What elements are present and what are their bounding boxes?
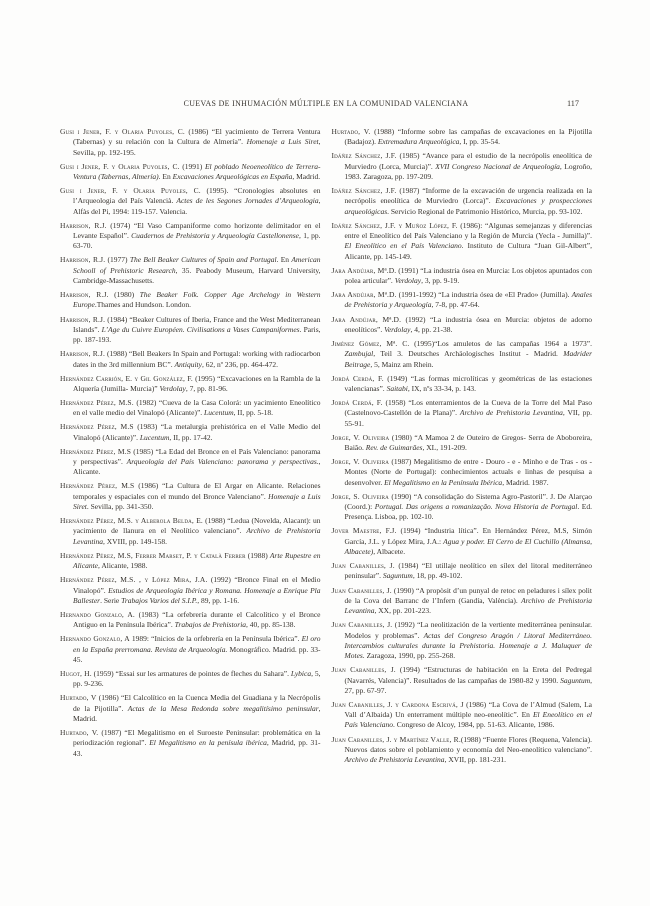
reference-text: , 89, pp. 1-16. [197,596,239,605]
reference-text: (1988) [246,551,270,560]
reference-source-title: Cuadernos de Prehistoria y Arqueología C… [131,231,299,240]
reference-source-title: XVII Congreso Nacional de Arqueología [435,162,560,171]
reference-text: , Madrid. 1987. [502,478,548,487]
reference-entry: Hernández Pérez, M.S. y Alberola Belda, … [60,516,321,547]
reference-authors: Harrison, R.J. [60,255,105,264]
reference-authors: Juan Cabanilles, J. y Cardona Escrivá, J [332,700,464,709]
reference-authors: Jorge, S. Oliveira [332,492,389,501]
reference-authors: Hurtado, V [60,693,96,702]
reference-entry: Gusi i Jener, F. y Olaria Puyoles, C. (1… [60,162,321,183]
reference-entry: Juan Cabanilles, J. (1984) “El utillaje … [332,561,593,582]
reference-authors: Jordá Cerdá, F. [332,398,383,407]
reference-source-title: Verdolay [395,276,421,285]
reference-entry: Hernández Pérez, M.S, Ferrer Marset, P. … [60,551,321,572]
reference-text: , II, pp. 17-42. [169,433,212,442]
reference-entry: Hernández Pérez, M.S. , y López Mira, J.… [60,575,321,606]
reference-authors: Hernández Pérez, M.S, Ferrer Marset, P. … [60,551,246,560]
reference-source-title: Lucentum [140,433,170,442]
reference-entry: Jordá Cerdá, F. (1949) “Las formas micro… [332,374,593,395]
reference-entry: Juan Cabanilles, J. y Cardona Escrivá, J… [332,700,593,731]
reference-source-title: Saguntum [560,676,590,685]
reference-authors: Hernández Pérez, M.S [60,481,134,490]
reference-entry: Jara Andújar, Mª.D. (1991-1992) “La indu… [332,290,593,311]
reference-entry: Hernando Gonzalo, A 1989: “Inicios de la… [60,634,321,665]
reference-authors: Jara Andújar, Mª.D. [332,290,397,299]
reference-text: , IX, nºs 33-34, p. 143. [408,384,476,393]
reference-text: 1989: “Inicios de la orfebrería en la Pe… [130,634,302,643]
reference-source-title: L’Age du Cuivre Européen. Civilisations … [102,325,300,334]
reference-source-title: Actas de la Mesa Redonda sobre megalitís… [128,704,319,713]
reference-text: , 40, pp. 85-138. [246,620,295,629]
reference-authors: Harrison, R.J. [60,290,109,299]
reference-authors: Juan Cabanilles, J. [332,620,393,629]
reference-text: (1995)“Los amuletos de las campañas 1964… [409,339,592,348]
reference-source-title: Rev. de Guimarães [366,443,423,452]
reference-entry: Jiménez Gómez, Mª. C. (1995)“Los amuleto… [332,339,593,370]
reference-entry: Idáñez Sánchez, J.F. y Muñoz López, F. (… [332,221,593,262]
reference-text: Zaragoza, 1990, pp. 255-268. [365,651,455,660]
reference-authors: Idáñez Sánchez, J.F. y Muñoz López, F. [332,221,458,230]
reference-source-title: Portugal. Das origens a romanização. Nov… [375,502,578,511]
reference-entry: Juan Cabanilles, J. (1990) “A propòsit d… [332,586,593,617]
reference-authors: Hernández Pérez, M.S [60,422,134,431]
reference-text: , II, pp. 5-18. [234,408,273,417]
reference-text: , Madrid. [292,172,320,181]
reference-authors: Jiménez Gómez, Mª. C. [332,339,410,348]
reference-authors: Gusi i Jener, F. y Olaria Puyoles, C. [60,127,185,136]
running-head-title: CUEVAS DE INHUMACIÓN MÚLTIPLE EN LA COMU… [60,99,592,108]
reference-authors: Harrison, R.J. [60,221,107,230]
reference-source-title: The Bell Beaker Cultures of Spain and Po… [130,255,277,264]
reference-authors: Hugot, H. [60,669,92,678]
reference-text: . Serie [100,596,121,605]
reference-source-title: Antiquity [174,360,202,369]
reference-source-title: Verdolay [159,384,185,393]
reference-authors: Jordá Cerdá, F. [332,374,384,383]
reference-entry: Jordá Cerdá, F. (1958) “Los enterramient… [332,398,593,429]
reference-entry: Harrison, R.J. (1984) “Beaker Cultures o… [60,315,321,346]
reference-text: , 7-8, pp. 47-64. [432,300,480,309]
reference-entry: Hernández Pérez, M.S (1985) “La Edad del… [60,447,321,478]
reference-authors: Hernández Carrión, E. y Gil González, F. [60,374,193,383]
bibliography: Gusi i Jener, F. y Olaria Puyoles, C. (1… [60,127,592,769]
reference-source-title: Zambujal [345,349,374,358]
reference-text: (1991-1992) “La industria ósea de «El Pr… [397,290,572,299]
reference-entry: Juan Cabanilles, J. (1994) “Estructuras … [332,665,593,696]
reference-text: , 62, nº 236, pp. 464-472. [202,360,278,369]
reference-authors: Gusi i Jener, F. y Olaria Puyoles, C. [60,186,201,195]
reference-text: , Albacete. [373,547,405,556]
reference-text: . Sevilla, pp. 341-350. [87,502,153,511]
reference-source-title: Actes de les Segones Jornades d’Arqueolo… [176,196,318,205]
reference-authors: Hurtado, V. [60,728,98,737]
reference-entry: Hurtado, V. (1987) “El Megalitismo en el… [60,728,321,759]
reference-entry: Idáñez Sánchez, J.F. (1985) “Avance para… [332,151,593,182]
reference-entry: Hernando Gonzalo, A. (1983) “La orfebrer… [60,610,321,631]
reference-text: . Congreso de Alcoy, 1984, pp. 51-63. Al… [393,720,554,729]
reference-entry: Harrison, R.J. (1980) The Beaker Folk. C… [60,290,321,311]
page-number: 117 [567,99,579,108]
reference-text: , 5, Mainz am Rhein. [370,360,433,369]
reference-text: (1977) [105,255,130,264]
reference-source-title: Archivo de Prehistoria Levantina [345,755,445,764]
reference-authors: Jover Maestre, F.J. [332,526,397,535]
running-head: CUEVAS DE INHUMACIÓN MÚLTIPLE EN LA COMU… [60,99,592,112]
reference-entry: Jorge, V. Oliveira (1987) Megalitismo de… [332,457,593,488]
reference-authors: Hernández Pérez, M.S. , y López Mira, J.… [60,575,208,584]
reference-entry: Hernández Carrión, E. y Gil González, F.… [60,374,321,395]
reference-authors: Jorge, V. Oliveira [332,433,390,442]
reference-entry: Harrison, R.J. (1977) The Bell Beaker Cu… [60,255,321,286]
reference-text: , Alicante, 1988. [98,561,147,570]
reference-text: , I, pp. 35-54. [459,137,500,146]
reference-text: , 4, pp. 21-38. [410,325,452,334]
document-page: CUEVAS DE INHUMACIÓN MÚLTIPLE EN LA COMU… [0,0,650,906]
reference-authors: Hernando Gonzalo, A. [60,610,135,619]
reference-source-title: El Megalitismo en la Península Ibérica [384,478,502,487]
reference-entry: Hernández Pérez, M.S (1986) “La Cultura … [60,481,321,512]
reference-entry: Jara Andújar, Mª.D. (1991) “La industria… [332,266,593,287]
reference-source-title: Excavaciones Arqueológicas en España [173,172,293,181]
reference-source-title: Saitabi [387,384,408,393]
reference-authors: Juan Cabanilles, J. [332,665,396,674]
reference-source-title: Lybica [291,669,311,678]
bibliography-column-right: Hurtado, V. (1988) “Informe sobre las ca… [332,127,593,769]
reference-authors: Idáñez Sánchez, J.F. [332,151,397,160]
reference-source-title: Verdolay [384,325,410,334]
reference-text: . Servicio Regional de Patrimonio Histór… [387,207,582,216]
reference-source-title: El Eneolítico en el País Valenciano [345,241,462,250]
reference-entry: Harrison, R.J. (1988) “Bell Beakers In S… [60,349,321,370]
reference-entry: Hernández Pérez, M.S (1983) “La metalurg… [60,422,321,443]
reference-text: . En [159,172,173,181]
reference-source-title: Trabajos Varios del S.I.P. [121,596,197,605]
reference-entry: Gusi i Jener, F. y Olaria Puyoles, C. (1… [60,186,321,217]
reference-entry: Hurtado, V (1986) “El Calcolítico en la … [60,693,321,724]
reference-text: (1991) [180,162,205,171]
reference-source-title: Trabajos de Prehistoria [175,620,246,629]
reference-authors: Harrison, R.J. [60,315,105,324]
reference-text: , 18, pp. 49-102. [413,571,462,580]
reference-authors: Hernández Pérez, M.S. [60,398,134,407]
reference-text: (1980) [109,290,140,299]
reference-authors: Juan Cabanilles, J. [332,586,392,595]
reference-authors: Juan Cabanilles, J. [332,561,395,570]
reference-authors: Jorge, V. Oliveira [332,457,389,466]
reference-authors: Gusi i Jener, F. y Olaria Puyoles, C. [60,162,180,171]
reference-authors: Idáñez Sánchez, J.F. [332,186,397,195]
reference-source-title: Arqueología del País Valenciano: panoram… [127,457,317,466]
reference-text: , XVIII, pp. 149-158. [103,537,167,546]
reference-text: , 7, pp. 81-96. [186,384,228,393]
reference-entry: Jorge, V. Oliveira (1980) “A Mamoa 2 de … [332,433,593,454]
reference-authors: Jara Andújar, Mª.D. [332,266,397,275]
reference-text: , XVII, pp. 181-231. [445,755,506,764]
reference-entry: Jara Andújar, Mª.D. (1992) “La industria… [332,315,593,336]
reference-entry: Jover Maestre, F.J. (1994) “Industria lí… [332,526,593,557]
reference-entry: Juan Cabanilles, J. (1992) “La neolitiza… [332,620,593,661]
reference-authors: Juan Cabanilles, J. y Martínez Valle, R. [332,735,461,744]
reference-authors: Harrison, R.J. [60,349,105,358]
reference-authors: Hernando Gonzalo, A [60,634,130,643]
reference-source-title: Archivo de Prehistoria Levantina [460,408,563,417]
reference-entry: Hernández Pérez, M.S. (1982) “Cueva de l… [60,398,321,419]
reference-text: (1959) “Essai sur les armatures de point… [92,669,291,678]
reference-entry: Juan Cabanilles, J. y Martínez Valle, R.… [332,735,593,766]
reference-entry: Harrison, R.J. (1974) “El Vaso Campanifo… [60,221,321,252]
reference-authors: Hurtado, V. [332,127,371,136]
reference-authors: Hernández Pérez, M.S. y Alberola Belda, … [60,516,203,525]
reference-source-title: Lucentum [204,408,234,417]
reference-text: , 3, pp. 9-19. [421,276,459,285]
reference-text: , Teil 3. Deutsches Archäologisches Inst… [373,349,563,358]
reference-authors: Jara Andújar, Mª.D. [332,315,402,324]
reference-source-title: El Megalitismo en la penísula ibérica [149,738,267,747]
reference-text: , XX, pp. 201-223. [375,606,431,615]
reference-source-title: Homenaje a Luis Siret [247,137,319,146]
reference-entry: Jorge, S. Oliveira (1990) “A consolidaçã… [332,492,593,523]
bibliography-column-left: Gusi i Jener, F. y Olaria Puyoles, C. (1… [60,127,321,769]
reference-entry: Hugot, H. (1959) “Essai sur les armature… [60,669,321,690]
reference-text: .Thames and Hundson. London. [95,300,191,309]
reference-authors: Hernández Pérez, M.S [60,447,131,456]
reference-source-title: Extremadura Arqueológica [378,137,460,146]
reference-source-title: Saguntum [383,571,413,580]
reference-text: , XL, 191-209. [422,443,466,452]
reference-entry: Gusi i Jener, F. y Olaria Puyoles, C. (1… [60,127,321,158]
reference-entry: Hurtado, V. (1988) “Informe sobre las ca… [332,127,593,148]
reference-text: . En [277,255,292,264]
reference-entry: Idáñez Sánchez, J.F. (1987) “Informe de … [332,186,593,217]
